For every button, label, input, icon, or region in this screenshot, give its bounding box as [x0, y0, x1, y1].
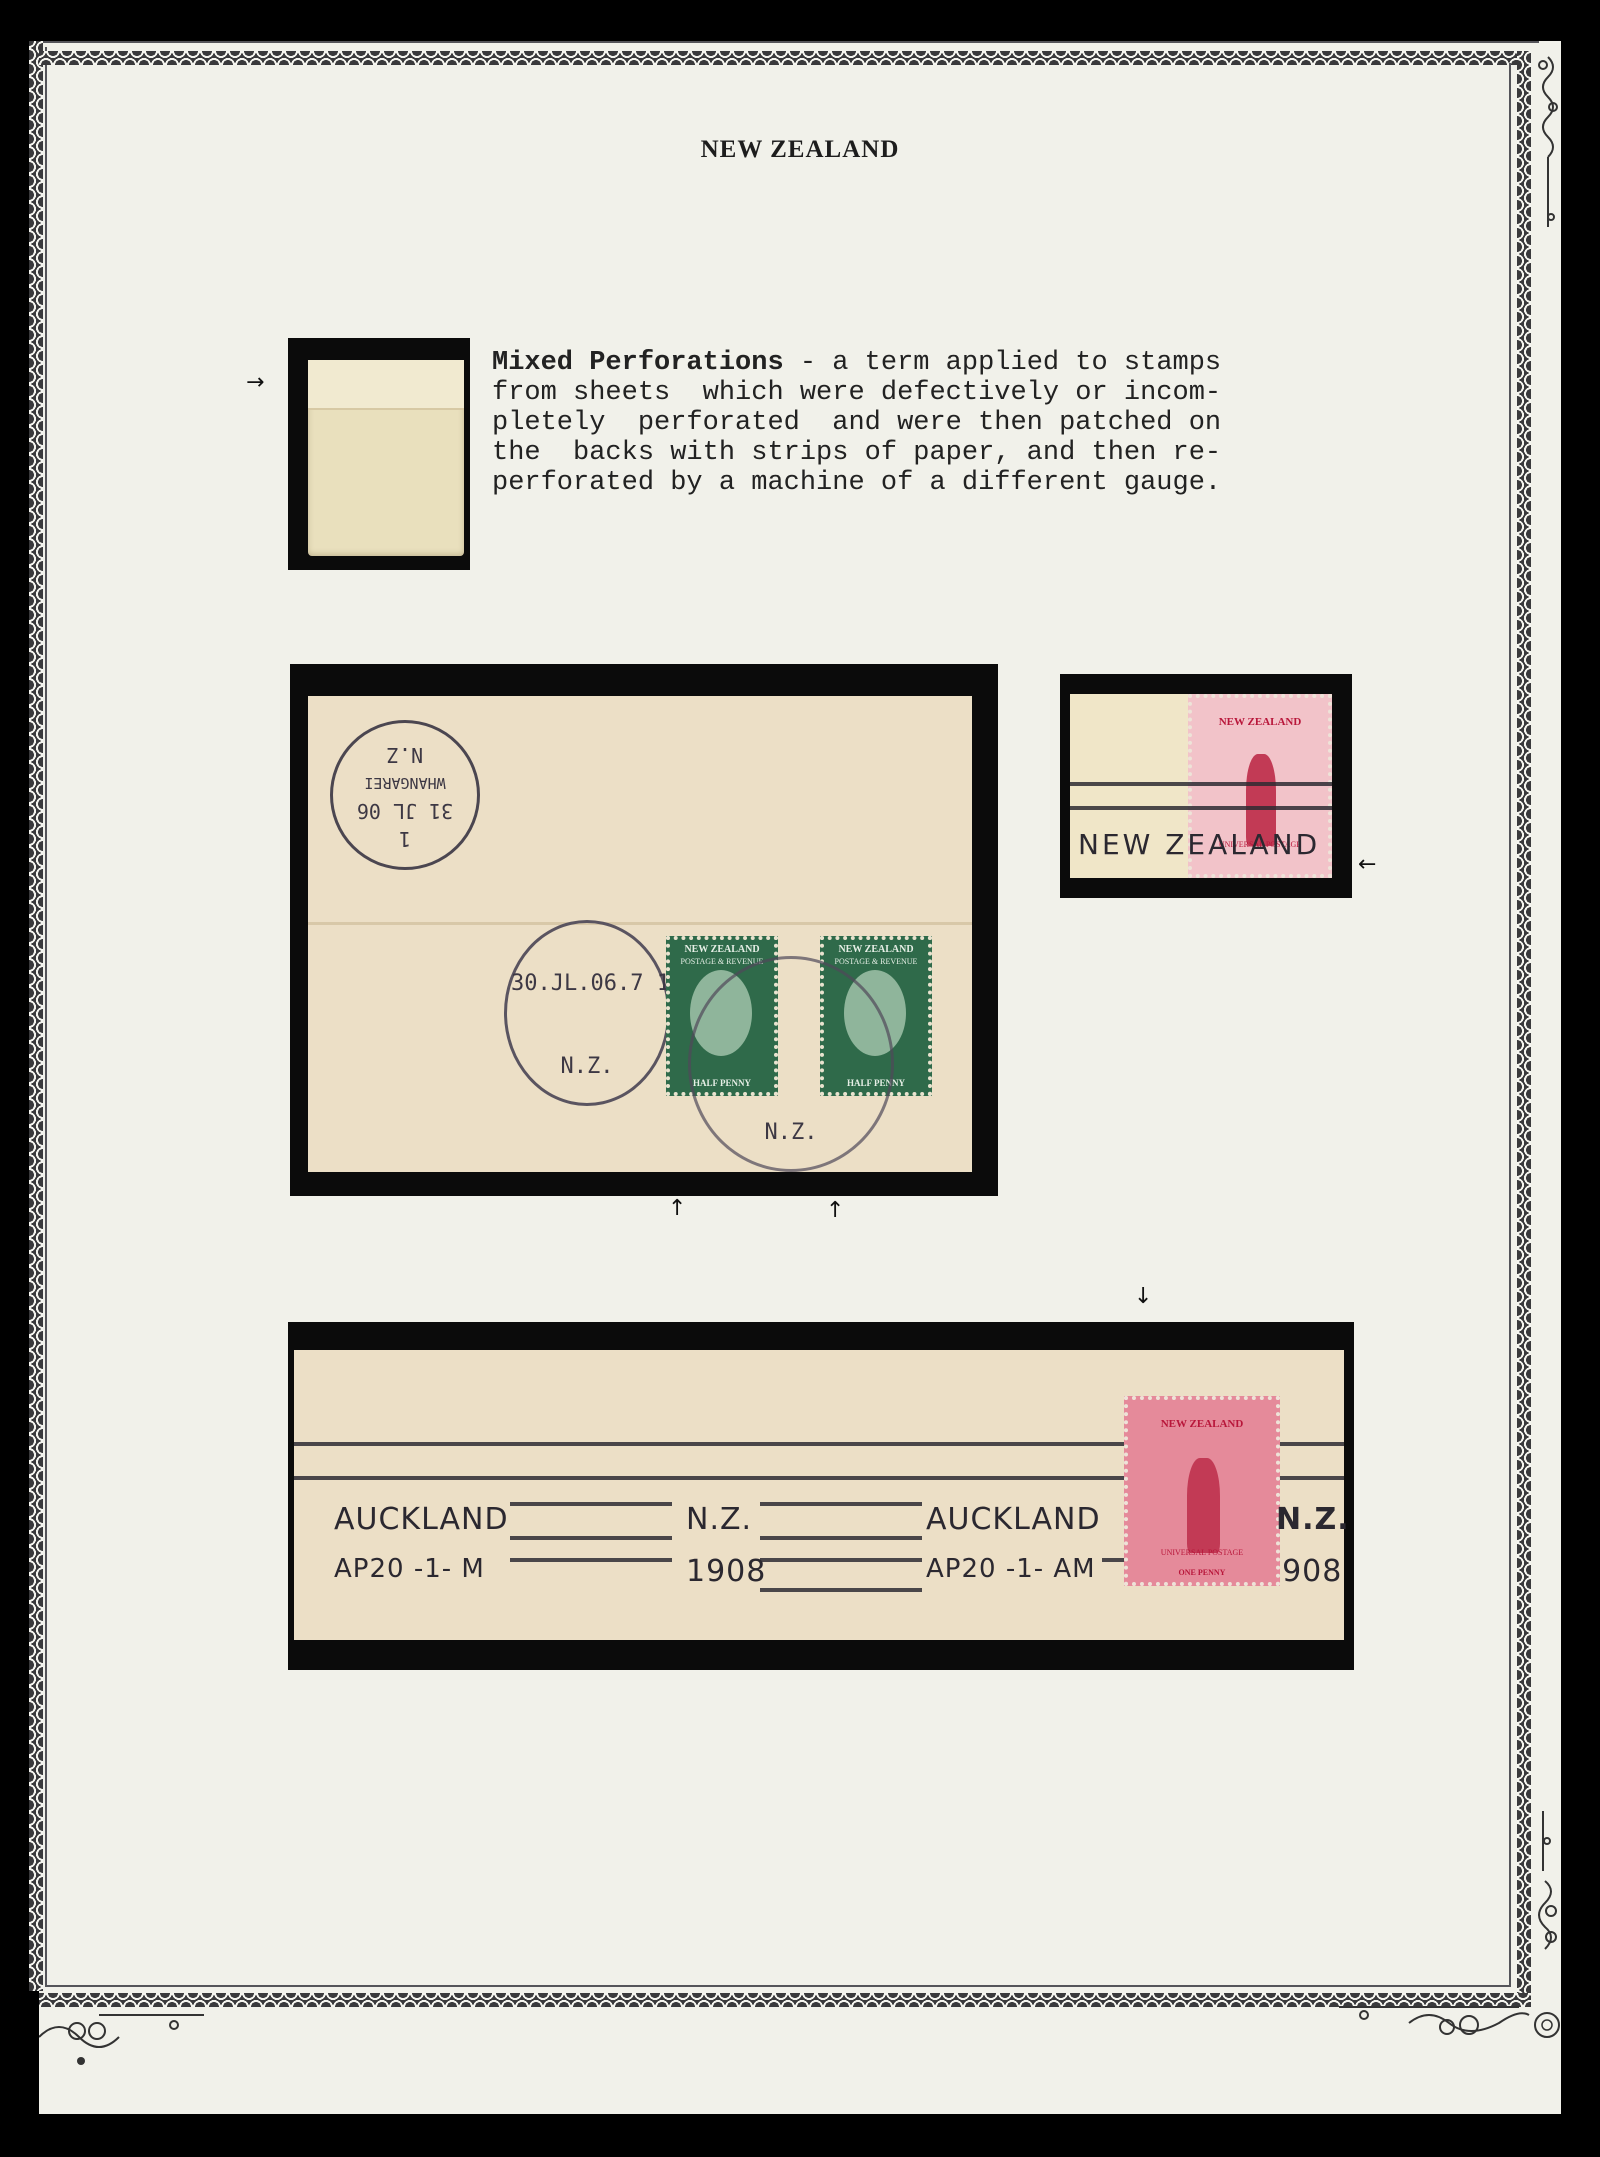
frame-rule-left — [45, 47, 47, 1987]
stamp-country: NEW ZEALAND — [670, 944, 774, 955]
postmark-origin: 30.JL.06.7 15 N.Z. — [504, 920, 670, 1106]
description-line: - a term applied to stamps — [784, 348, 1221, 378]
postmark-line: 31 JL 06 — [333, 797, 477, 825]
description-term: Mixed Perforations — [492, 348, 784, 378]
flourish-ornament-bottom-right — [1339, 2001, 1561, 2071]
cover-mount-whangarei: 1 31 JL 06 WHANGAREI N.Z 30.JL.06.7 15 N… — [290, 664, 998, 1196]
machine-cancel-bar — [510, 1502, 672, 1506]
stamp-one-penny: NEW ZEALAND UNIVERSAL POSTAGE ONE PENNY — [1124, 1396, 1280, 1586]
postmark-line: WHANGAREI — [333, 769, 477, 797]
frame-rule-top — [39, 41, 1539, 43]
inner-rule-right — [1509, 63, 1511, 1985]
machine-cancel-text: 1908 — [686, 1554, 766, 1589]
machine-cancel-bar — [760, 1502, 922, 1506]
description-line: pletely perforated and were then patched… — [492, 408, 1354, 438]
stamp-value: ONE PENNY — [1128, 1568, 1276, 1577]
description-line: the backs with strips of paper, and then… — [492, 438, 1354, 468]
machine-cancel-bar — [760, 1588, 922, 1592]
postmark-footer: N.Z. — [507, 1054, 667, 1079]
postmark-whangarei: 1 31 JL 06 WHANGAREI N.Z — [330, 720, 480, 870]
wave-border-top — [39, 51, 1529, 65]
cover-piece: NEW ZEALAND UNIVERSAL POSTAGE NEW ZEALAN… — [1070, 694, 1332, 878]
flourish-ornament-right-lower — [1535, 1811, 1561, 2001]
flourish-ornament-bottom-left — [39, 2007, 209, 2067]
machine-cancel-text: NEW ZEALAND — [1078, 828, 1320, 861]
machine-cancel-bar — [510, 1536, 672, 1540]
cover-mount-red-small: NEW ZEALAND UNIVERSAL POSTAGE NEW ZEALAN… — [1060, 674, 1352, 898]
description-line: from sheets which were defectively or in… — [492, 378, 1354, 408]
paper-patch-strip — [308, 360, 464, 410]
fold-line — [308, 922, 972, 925]
cover-piece: AUCKLAND N.Z. AUCKLAND AP20 -1- M 1908 A… — [294, 1350, 1344, 1640]
postmark-on-stamps: N.Z. — [688, 956, 894, 1172]
stamp-country: NEW ZEALAND — [1128, 1418, 1276, 1430]
machine-cancel-text: AP20 -1- AM — [926, 1554, 1096, 1584]
machine-cancel-text: AUCKLAND — [926, 1502, 1101, 1537]
postmark-line: N.Z — [333, 741, 477, 769]
machine-cancel-bar — [760, 1558, 922, 1562]
cover-mount-auckland: AUCKLAND N.Z. AUCKLAND AP20 -1- M 1908 A… — [288, 1322, 1354, 1670]
right-arrow-icon: → — [246, 372, 264, 394]
stamp-reverse — [308, 360, 464, 556]
wave-border-bottom — [39, 1993, 1531, 2007]
up-arrow-icon: ↑ — [668, 1198, 686, 1220]
machine-cancel-bar — [1070, 782, 1332, 786]
machine-cancel-bar — [510, 1558, 672, 1562]
machine-cancel-bar — [1070, 806, 1332, 810]
up-arrow-icon: ↑ — [826, 1200, 844, 1222]
machine-cancel-text: AP20 -1- M — [334, 1554, 485, 1584]
stamp-mount-back — [288, 338, 470, 570]
machine-cancel-text: AUCKLAND — [334, 1502, 509, 1537]
machine-cancel-text: N.Z. — [686, 1502, 752, 1537]
zealandia-figure — [1187, 1458, 1220, 1553]
wave-border-left — [29, 41, 43, 1991]
stamp-country: NEW ZEALAND — [824, 944, 928, 955]
stamp-inscription: UNIVERSAL POSTAGE — [1128, 1548, 1276, 1557]
stamp-inscription: POSTAGE & REVENUE — [824, 957, 928, 966]
down-arrow-icon: ↓ — [1134, 1286, 1152, 1308]
description-line: perforated by a machine of a different g… — [492, 468, 1354, 498]
cover-piece: 1 31 JL 06 WHANGAREI N.Z 30.JL.06.7 15 N… — [308, 696, 972, 1172]
inner-rule-bottom — [45, 1985, 1511, 1987]
machine-cancel-text: N.Z. — [1276, 1502, 1350, 1537]
stamp-country: NEW ZEALAND — [1192, 716, 1328, 728]
page-title: NEW ZEALAND — [0, 136, 1600, 164]
postmark-footer: N.Z. — [691, 1120, 891, 1145]
description-text: Mixed Perforations - a term applied to s… — [492, 348, 1354, 498]
postmark-line: 1 — [333, 825, 477, 853]
wave-border-right — [1517, 51, 1531, 2006]
machine-cancel-bar — [760, 1536, 922, 1540]
left-arrow-icon: ← — [1358, 854, 1376, 876]
